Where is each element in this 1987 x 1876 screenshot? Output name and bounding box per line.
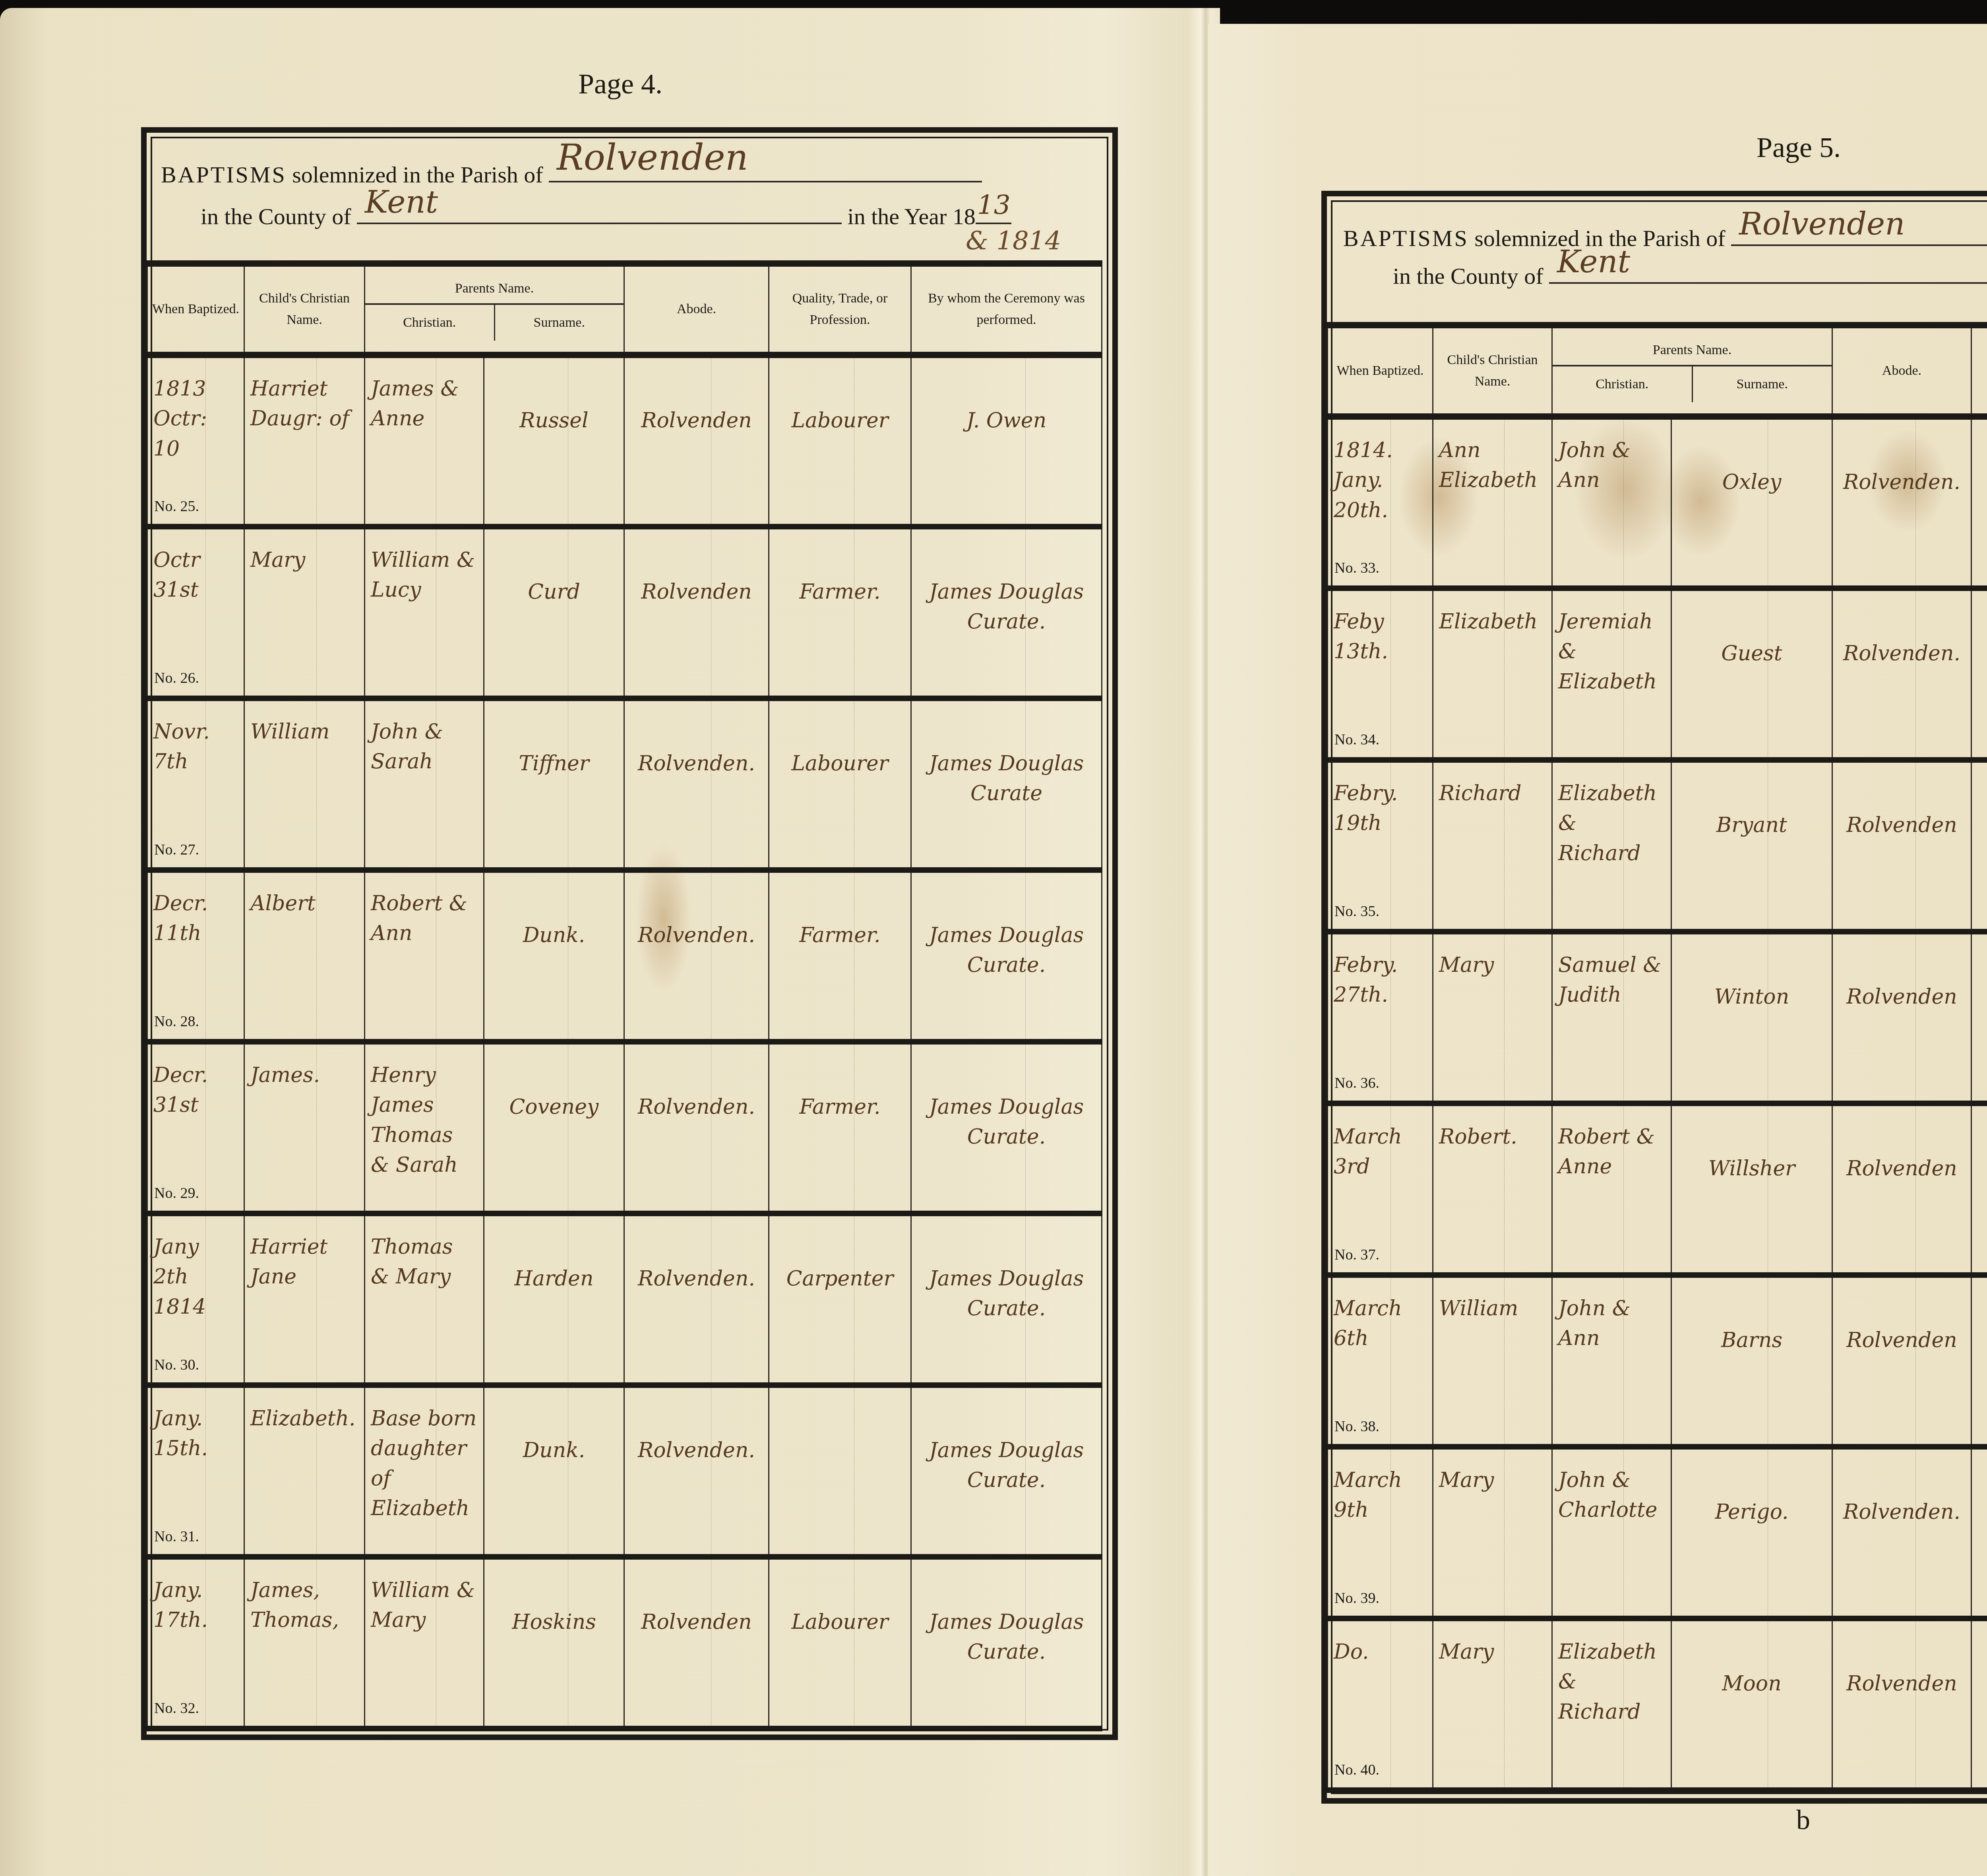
entry-parents-christian-text: Elizabeth & Richard <box>1553 1621 1671 1787</box>
ruled-guide-line <box>1768 1106 1768 1272</box>
entry-parents-christian-text: Samuel & Judith <box>1553 934 1671 1101</box>
ruled-guide-line <box>854 529 854 696</box>
ruled-guide-line <box>711 358 711 524</box>
ruled-guide-line <box>1025 1560 1026 1726</box>
entry-quality-text: Labourer. <box>1972 1621 1987 1787</box>
ruled-guide-line <box>1623 1106 1624 1272</box>
entry-quality-cell: Victualler <box>1972 1103 1987 1275</box>
parish-prompt: solemnized in the Parish of <box>292 162 543 188</box>
entry-child-text: William <box>1433 1278 1551 1444</box>
entry-number: No. 30. <box>154 1356 199 1374</box>
ruled-guide-line <box>568 1388 568 1554</box>
parish-value: Rolvenden <box>1739 206 1905 242</box>
parish-field: Rolvenden <box>549 157 982 182</box>
entry-when-cell: Jany 2th 1814No. 30. <box>147 1213 244 1385</box>
entry-surname-cell: Willsher <box>1671 1103 1832 1275</box>
entry-surname-cell: Harden <box>484 1213 624 1385</box>
ruled-guide-line <box>1768 420 1768 585</box>
ruled-guide-line <box>1025 358 1026 524</box>
entry-abode-cell: Rolvenden <box>624 527 769 698</box>
entry-when-cell: Novr. 7thNo. 27. <box>147 698 244 870</box>
entry-quality-cell: Carpenter <box>769 1213 911 1385</box>
ruled-guide-line <box>205 1216 206 1382</box>
entry-child-cell: William <box>1433 1275 1552 1447</box>
year-value: 13 <box>977 190 1011 220</box>
ruled-guide-line <box>568 358 568 524</box>
table-row: Octr 31stNo. 26.MaryWilliam & LucyCurdRo… <box>147 527 1102 698</box>
entry-quality-text: Labourer <box>769 701 910 867</box>
entry-abode-cell: Rolvenden <box>1832 1103 1972 1275</box>
page-number-left: Page 4. <box>578 68 662 101</box>
entry-child-text: Mary <box>1433 1621 1551 1787</box>
ruled-guide-line <box>1915 1106 1916 1272</box>
entry-abode-cell: Rolvenden. <box>1832 417 1972 588</box>
col-parents-name: Parents Name. Christian. Surname. <box>365 264 624 355</box>
ruled-guide-line <box>1915 1278 1916 1444</box>
entry-number: No. 25. <box>154 498 199 515</box>
entry-child-cell: Harriet Daugr: of <box>244 355 365 527</box>
entry-quality-cell: Labourer <box>769 1557 911 1729</box>
ruled-guide-line <box>568 1045 568 1211</box>
col-parents-christian: Christian. <box>1553 366 1693 402</box>
entry-surname-cell: Bryant <box>1671 760 1832 932</box>
entry-quality-cell: Labourer <box>769 355 911 527</box>
entry-by-whom-cell: James Douglas Curate. <box>911 1557 1102 1729</box>
entry-surname-text: Harden <box>484 1216 624 1382</box>
entry-parents-christian-text: Jeremiah & Elizabeth <box>1553 591 1671 757</box>
entry-child-cell: Ann Elizabeth <box>1433 417 1552 588</box>
col-by-whom: By whom the Ceremony was performed. <box>911 264 1102 355</box>
parents-name-label: Parents Name. <box>365 278 624 299</box>
ruled-guide-line <box>316 873 317 1039</box>
entry-surname-cell: Dunk. <box>484 870 624 1042</box>
entry-child-text: Mary <box>245 529 364 696</box>
ruled-guide-line <box>1768 591 1768 757</box>
ruled-guide-line <box>1623 1621 1624 1787</box>
table-row: Feby 13th.No. 34.ElizabethJeremiah & Eli… <box>1328 588 1987 760</box>
entry-quality-text: Farmer. <box>769 1045 910 1211</box>
entry-parents-christian-text: Robert & Anne <box>1553 1106 1671 1272</box>
entry-when-cell: Febry. 19thNo. 35. <box>1328 760 1433 932</box>
ruled-guide-line <box>854 1216 854 1382</box>
entry-when-cell: Decr. 31stNo. 29. <box>147 1042 244 1213</box>
entry-number: No. 38. <box>1334 1418 1379 1435</box>
entry-parents-christian-text: William & Mary <box>365 1560 483 1726</box>
ruled-guide-line <box>205 1388 206 1554</box>
entry-child-cell: Mary <box>1433 1447 1552 1618</box>
ruled-guide-line <box>1391 763 1391 929</box>
entry-abode-text: Rolvenden. <box>1833 591 1971 757</box>
ruled-guide-line <box>1025 529 1026 696</box>
entry-by-whom-text: James Douglas Curate. <box>912 529 1101 696</box>
entry-quality-cell: Farmer. <box>769 1042 911 1213</box>
ruled-guide-line <box>205 1560 206 1726</box>
entry-quality-text: Farmer. <box>769 873 910 1039</box>
entry-surname-cell: Curd <box>484 527 624 698</box>
table-row: Febry. 19thNo. 35.RichardElizabeth & Ric… <box>1328 760 1987 932</box>
entry-surname-text: Moon <box>1672 1621 1832 1787</box>
entry-number: No. 27. <box>154 841 199 859</box>
entry-parents-christian-text: John & Charlotte <box>1553 1450 1671 1616</box>
ruled-guide-line <box>1768 1278 1768 1444</box>
col-quality: Quality, Trade, or Profession. <box>1972 325 1987 417</box>
ruled-guide-line <box>854 1045 854 1211</box>
entry-when-cell: Jany. 15th.No. 31. <box>147 1385 244 1557</box>
entry-abode-cell: Rolvenden <box>624 1557 769 1729</box>
baptism-table-right: When Baptized. Child's Christian Name. P… <box>1327 322 1987 1793</box>
entry-parents-christian-text: John & Ann <box>1553 420 1671 585</box>
entry-abode-text: Rolvenden <box>1833 1106 1971 1272</box>
col-child-name: Child's Christian Name. <box>1433 325 1552 417</box>
county-field: Kent <box>1549 258 1987 284</box>
parents-name-label: Parents Name. <box>1553 339 1832 361</box>
ruled-guide-line <box>316 1388 317 1554</box>
ruled-guide-line <box>1391 591 1391 757</box>
entry-quality-cell: Labourer <box>1972 932 1987 1103</box>
ruled-guide-line <box>1915 420 1916 585</box>
entry-parents-christian-text: Robert & Ann <box>365 873 483 1039</box>
entry-when-cell: March 6thNo. 38. <box>1328 1275 1433 1447</box>
entry-surname-cell: Coveney <box>484 1042 624 1213</box>
ruled-guide-line <box>568 701 568 867</box>
ruled-guide-line <box>711 1388 711 1554</box>
entry-parents-christian-cell: Base born daughter of Elizabeth <box>365 1385 484 1557</box>
entry-parents-christian-cell: Robert & Anne <box>1552 1103 1671 1275</box>
entry-by-whom-cell: James Douglas Curate. <box>911 1385 1102 1557</box>
entry-surname-text: Willsher <box>1672 1106 1832 1272</box>
ruled-guide-line <box>1768 763 1768 929</box>
entry-surname-cell: Dunk. <box>484 1385 624 1557</box>
entry-surname-cell: Barns <box>1671 1275 1832 1447</box>
entry-parents-christian-cell: John & Ann <box>1552 1275 1671 1447</box>
entry-abode-text: Rolvenden. <box>625 1045 768 1211</box>
ruled-guide-line <box>1391 1278 1391 1444</box>
ruled-guide-line <box>711 1216 711 1382</box>
entry-when-cell: Decr. 11thNo. 28. <box>147 870 244 1042</box>
ruled-guide-line <box>1915 1621 1916 1787</box>
ruled-guide-line <box>568 873 568 1039</box>
entry-child-text: Ann Elizabeth <box>1433 420 1551 585</box>
year-field: 13 <box>976 199 1011 224</box>
ruled-guide-line <box>205 701 206 867</box>
entry-number: No. 29. <box>154 1184 199 1202</box>
ruled-guide-line <box>205 1045 206 1211</box>
entry-quality-text: Labourer <box>769 1560 910 1726</box>
entry-surname-text: Russel <box>484 358 624 524</box>
ruled-guide-line <box>436 873 436 1039</box>
entry-quality-cell: Labourer. <box>1972 1447 1987 1618</box>
ruled-guide-line <box>316 1216 317 1382</box>
ruled-guide-line <box>711 873 711 1039</box>
entry-when-cell: Do.No. 40. <box>1328 1618 1433 1790</box>
entry-surname-text: Hoskins <box>484 1560 624 1726</box>
ruled-guide-line <box>1623 1450 1624 1616</box>
entry-quality-cell: Labourer. <box>1972 1275 1987 1447</box>
entry-quality-cell: Labourer <box>1972 760 1987 932</box>
entry-quality-text: Labourer <box>1972 763 1987 929</box>
entry-number: No. 31. <box>154 1528 199 1545</box>
entry-quality-text: Labourer. <box>1972 591 1987 757</box>
entry-by-whom-cell: James Douglas Curate. <box>911 1213 1102 1385</box>
entry-child-text: William <box>245 701 364 867</box>
register-title-right: BAPTISMS solemnized in the Parish of Rol… <box>1343 221 1987 252</box>
entry-surname-text: Barns <box>1672 1278 1832 1444</box>
entry-by-whom-text: James Douglas Curate. <box>912 1216 1101 1382</box>
entry-child-cell: Richard <box>1433 760 1552 932</box>
entry-by-whom-text: J. Owen <box>912 358 1101 524</box>
entry-abode-text: Rolvenden. <box>625 1388 768 1554</box>
entry-parents-christian-text: Henry James Thomas & Sarah <box>365 1045 483 1211</box>
entry-abode-text: Rolvenden <box>1833 934 1971 1101</box>
entry-surname-text: Winton <box>1672 934 1832 1101</box>
entry-abode-text: Rolvenden <box>625 529 768 696</box>
ruled-guide-line <box>316 529 317 696</box>
ruled-guide-line <box>1623 934 1624 1101</box>
entry-surname-text: Perigo. <box>1672 1450 1832 1616</box>
ruled-guide-line <box>1025 1216 1026 1382</box>
entry-abode-text: Rolvenden <box>1833 763 1971 929</box>
ruled-guide-line <box>436 1560 436 1726</box>
entry-parents-christian-cell: William & Mary <box>365 1557 484 1729</box>
entry-surname-cell: Tiffner <box>484 698 624 870</box>
entry-child-cell: Harriet Jane <box>244 1213 365 1385</box>
ruled-guide-line <box>1391 1450 1391 1616</box>
entry-surname-cell: Oxley <box>1671 417 1832 588</box>
ruled-guide-line <box>1391 1621 1391 1787</box>
entry-child-cell: Mary <box>244 527 365 698</box>
entry-when-cell: 1814. Jany. 20th.No. 33. <box>1328 417 1433 588</box>
entry-child-cell: Albert <box>244 870 365 1042</box>
entry-abode-cell: Rolvenden. <box>624 698 769 870</box>
year-annotation: & 1814 <box>966 227 1061 256</box>
ruled-guide-line <box>1623 1278 1624 1444</box>
entry-number: No. 37. <box>1334 1246 1379 1264</box>
entry-abode-text: Rolvenden <box>1833 1621 1971 1787</box>
entry-abode-text: Rolvenden <box>625 1560 768 1726</box>
ruled-guide-line <box>1915 1450 1916 1616</box>
table-row: Jany. 15th.No. 31.Elizabeth.Base born da… <box>147 1385 1102 1557</box>
entry-number: No. 26. <box>154 669 199 687</box>
entry-abode-cell: Rolvenden <box>1832 760 1972 932</box>
table-row: March 6thNo. 38.WilliamJohn & AnnBarnsRo… <box>1328 1275 1987 1447</box>
ruled-guide-line <box>711 701 711 867</box>
ruled-guide-line <box>436 1216 436 1382</box>
ruled-guide-line <box>1915 934 1916 1101</box>
ruled-guide-line <box>854 1560 854 1726</box>
county-value: Kent <box>1557 244 1630 280</box>
entry-child-cell: James, Thomas, <box>244 1557 365 1729</box>
baptisms-label: BAPTISMS <box>1343 225 1469 251</box>
register-county-line-right: in the County of Kent in the Year 1814 <box>1393 258 1987 289</box>
entry-child-cell: Mary <box>1433 1618 1552 1790</box>
county-field: Kent <box>357 199 842 224</box>
entry-number: No. 34. <box>1334 731 1379 748</box>
col-parents-christian: Christian. <box>365 305 495 341</box>
entry-abode-cell: Rolvenden. <box>1832 588 1972 760</box>
entry-parents-christian-cell: William & Lucy <box>365 527 484 698</box>
entry-quality-cell: Labourer <box>769 698 911 870</box>
ruled-guide-line <box>436 1045 436 1211</box>
entry-abode-text: Rolvenden. <box>625 873 768 1039</box>
ruled-guide-line <box>316 701 317 867</box>
ruled-guide-line <box>1504 1278 1505 1444</box>
ruled-guide-line <box>1391 934 1391 1101</box>
table-row: Decr. 11thNo. 28.AlbertRobert & AnnDunk.… <box>147 870 1102 1042</box>
col-abode: Abode. <box>1832 325 1972 417</box>
entry-abode-text: Rolvenden <box>625 358 768 524</box>
entry-child-cell: Elizabeth. <box>244 1385 365 1557</box>
entry-when-cell: March 3rdNo. 37. <box>1328 1103 1433 1275</box>
entry-parents-christian-cell: Jeremiah & Elizabeth <box>1552 588 1671 760</box>
ruled-guide-line <box>436 701 436 867</box>
ruled-guide-line <box>1504 763 1505 929</box>
table-row: Novr. 7thNo. 27.WilliamJohn & SarahTiffn… <box>147 698 1102 870</box>
entry-quality-text <box>769 1388 910 1554</box>
ruled-guide-line <box>854 1388 854 1554</box>
entry-parents-christian-text: Thomas & Mary <box>365 1216 483 1382</box>
entry-when-cell: Feby 13th.No. 34. <box>1328 588 1433 760</box>
ruled-guide-line <box>316 358 317 524</box>
entry-surname-cell: Hoskins <box>484 1557 624 1729</box>
entry-parents-christian-cell: Samuel & Judith <box>1552 932 1671 1103</box>
entry-abode-text: Rolvenden <box>1833 1278 1971 1444</box>
entry-by-whom-cell: J. Owen <box>911 355 1102 527</box>
entry-number: No. 28. <box>154 1013 199 1030</box>
ruled-guide-line <box>1623 591 1624 757</box>
entry-parents-christian-cell: John & Sarah <box>365 698 484 870</box>
table-row: 1814. Jany. 20th.No. 33.Ann ElizabethJoh… <box>1328 417 1987 588</box>
entry-parents-christian-text: James & Anne <box>365 358 483 524</box>
entry-abode-cell: Rolvenden. <box>624 1042 769 1213</box>
entry-surname-text: Bryant <box>1672 763 1832 929</box>
entry-abode-cell: Rolvenden <box>1832 1275 1972 1447</box>
ruled-guide-line <box>854 358 854 524</box>
entry-child-text: Harriet Jane <box>245 1216 364 1382</box>
county-prompt: in the County of <box>1393 263 1544 289</box>
ruled-guide-line <box>568 1560 568 1726</box>
entry-child-text: James, Thomas, <box>245 1560 364 1726</box>
ruled-guide-line <box>568 529 568 696</box>
ruled-guide-line <box>1504 591 1505 757</box>
baptism-table-left: When Baptized. Child's Christian Name. P… <box>147 260 1102 1731</box>
entry-surname-text: Dunk. <box>484 873 624 1039</box>
ruled-guide-line <box>436 358 436 524</box>
ruled-guide-line <box>1504 1106 1505 1272</box>
entry-when-cell: March 9thNo. 39. <box>1328 1447 1433 1618</box>
entry-number: No. 39. <box>1334 1589 1379 1607</box>
ruled-guide-line <box>1025 1388 1026 1554</box>
entry-parents-christian-text: John & Ann <box>1553 1278 1671 1444</box>
register-county-line-left: in the County of Kent in the Year 1813 <box>201 199 1011 230</box>
entry-child-cell: Elizabeth <box>1433 588 1552 760</box>
entry-child-text: Albert <box>245 873 364 1039</box>
entry-quality-cell: Labourer. <box>1972 1618 1987 1790</box>
ruled-guide-line <box>854 873 854 1039</box>
entry-quality-cell <box>769 1385 911 1557</box>
ruled-guide-line <box>1391 1106 1391 1272</box>
entry-when-cell: 1813 Octr: 10No. 25. <box>147 355 244 527</box>
entry-quality-text: Labourer. <box>1972 1450 1987 1616</box>
ruled-guide-line <box>1623 420 1624 585</box>
col-parents-surname: Surname. <box>495 305 624 341</box>
ruled-guide-line <box>436 529 436 696</box>
ruled-guide-line <box>205 529 206 696</box>
ruled-guide-line <box>1504 1450 1505 1616</box>
entry-surname-text: Guest <box>1672 591 1832 757</box>
entry-surname-cell: Moon <box>1671 1618 1832 1790</box>
entry-surname-text: Tiffner <box>484 701 624 867</box>
entry-child-text: James. <box>245 1045 364 1211</box>
entry-surname-text: Dunk. <box>484 1388 624 1554</box>
county-value: Kent <box>365 184 438 220</box>
ruled-guide-line <box>854 701 854 867</box>
table-row: March 9thNo. 39.MaryJohn & CharlottePeri… <box>1328 1447 1987 1618</box>
entry-parents-christian-cell: Henry James Thomas & Sarah <box>365 1042 484 1213</box>
entry-parents-christian-cell: Elizabeth & Richard <box>1552 760 1671 932</box>
entry-abode-text: Rolvenden. <box>1833 1450 1971 1616</box>
entry-by-whom-cell: James Douglas Curate. <box>911 1042 1102 1213</box>
parish-field: Rolvenden <box>1731 221 1987 246</box>
ruled-guide-line <box>1025 701 1026 867</box>
entry-number: No. 36. <box>1334 1074 1379 1092</box>
entry-when-cell: Octr 31stNo. 26. <box>147 527 244 698</box>
entry-by-whom-text: James Douglas Curate. <box>912 873 1101 1039</box>
entry-when-cell: Jany. 17th.No. 32. <box>147 1557 244 1729</box>
entry-quality-cell: Butcher. <box>1972 417 1987 588</box>
entry-abode-cell: Rolvenden <box>1832 1618 1972 1790</box>
entry-surname-text: Curd <box>484 529 624 696</box>
entry-quality-cell: Labourer. <box>1972 588 1987 760</box>
parish-value: Rolvenden <box>557 137 748 178</box>
entry-surname-cell: Winton <box>1671 932 1832 1103</box>
entry-quality-text: Labourer <box>769 358 910 524</box>
entry-quality-text: Victualler <box>1972 1106 1987 1272</box>
entry-child-cell: Robert. <box>1433 1103 1552 1275</box>
entry-abode-text: Rolvenden. <box>625 1216 768 1382</box>
table-row: Jany. 17th.No. 32.James, Thomas,William … <box>147 1557 1102 1729</box>
ruled-guide-line <box>205 873 206 1039</box>
entry-by-whom-text: James Douglas Curate. <box>912 1045 1101 1211</box>
entry-by-whom-text: James Douglas Curate <box>912 701 1101 867</box>
entry-surname-cell: Perigo. <box>1671 1447 1832 1618</box>
ruled-guide-line <box>711 1560 711 1726</box>
col-parents-surname: Surname. <box>1693 366 1832 402</box>
entry-abode-cell: Rolvenden. <box>624 1213 769 1385</box>
entry-child-text: Elizabeth. <box>245 1388 364 1554</box>
ruled-guide-line <box>1504 1621 1505 1787</box>
ruled-guide-line <box>1915 763 1916 929</box>
entry-child-cell: William <box>244 698 365 870</box>
entry-child-text: Mary <box>1433 1450 1551 1616</box>
entry-child-text: Robert. <box>1433 1106 1551 1272</box>
entry-by-whom-cell: James Douglas Curate. <box>911 527 1102 698</box>
entry-by-whom-cell: James Douglas Curate. <box>911 870 1102 1042</box>
ruled-guide-line <box>1391 420 1391 585</box>
entry-child-text: Mary <box>1433 934 1551 1101</box>
entry-child-cell: Mary <box>1433 932 1552 1103</box>
ruled-guide-line <box>1504 420 1505 585</box>
entry-quality-text: Labourer. <box>1972 1278 1987 1444</box>
county-prompt: in the County of <box>201 203 351 229</box>
entry-parents-christian-text: John & Sarah <box>365 701 483 867</box>
table-row: 1813 Octr: 10No. 25.Harriet Daugr: ofJam… <box>147 355 1102 527</box>
ruled-guide-line <box>1623 763 1624 929</box>
entry-parents-christian-text: Base born daughter of Elizabeth <box>365 1388 483 1554</box>
entry-surname-cell: Guest <box>1671 588 1832 760</box>
ruled-guide-line <box>711 1045 711 1211</box>
entry-quality-text: Butcher. <box>1972 420 1987 585</box>
table-row: Febry. 27th.No. 36.MarySamuel & JudithWi… <box>1328 932 1987 1103</box>
